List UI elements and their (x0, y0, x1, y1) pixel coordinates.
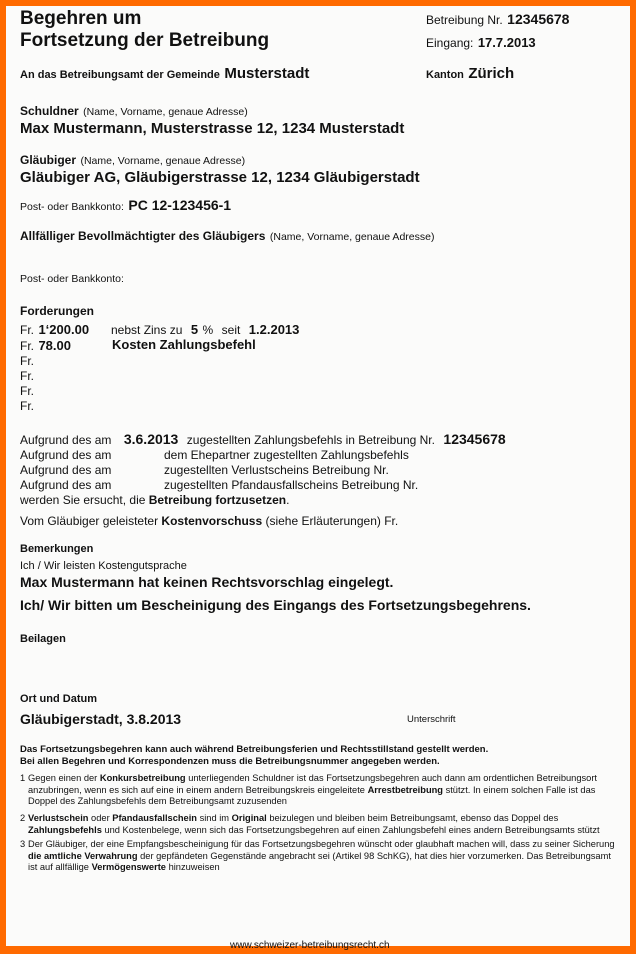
footnote-run: oder (88, 813, 112, 823)
form-title-line1: Begehren um (20, 9, 141, 28)
footnote-number: 2 (20, 813, 25, 825)
footnote-3: 3 Der Gläubiger, der eine Empfangsbesche… (20, 839, 615, 874)
footnote-2: 2 Verlustschein oder Pfandausfallschein … (20, 813, 626, 836)
ort-datum-label: Ort und Datum (20, 694, 97, 705)
glaeubiger-value[interactable]: Gläubiger AG, Gläubigerstrasse 12, 1234 … (20, 170, 420, 185)
bevollmaechtigter-konto-field: Post- oder Bankkonto: (20, 270, 124, 286)
betreibung-nr-label: Betreibung Nr. (426, 13, 503, 27)
seit-value[interactable]: 1.2.2013 (249, 322, 300, 337)
footnote-run: beizulegen und bleiben beim Betreibungsa… (267, 813, 559, 823)
footnote-text: Verlustschein oder Pfandausfallschein si… (28, 813, 626, 836)
betreibung-nr-value[interactable]: 12345678 (507, 11, 569, 27)
forderung-row-1: Fr. 1‘200.00 (20, 322, 89, 338)
footnote-emphasis: Arrestbetreibung (368, 785, 443, 795)
form-title-line2: Fortsetzung der Betreibung (20, 31, 269, 50)
request-line: werden Sie ersucht, die Betreibung fortz… (20, 494, 289, 506)
footnote-emphasis: Pfandausfallschein (112, 813, 197, 823)
forderung-row-4[interactable]: Fr. (20, 370, 34, 382)
bemerkungen-line-1[interactable]: Ich / Wir leisten Kostengutsprache (20, 561, 187, 572)
bevollmaechtigter-konto-label: Post- oder Bankkonto: (20, 273, 124, 285)
form-page: Begehren um Fortsetzung der Betreibung B… (6, 6, 630, 946)
ort-datum-value[interactable]: Gläubigerstadt, 3.8.2013 (20, 712, 181, 726)
glaeubiger-konto-label: Post- oder Bankkonto: (20, 201, 124, 213)
footnote-text: Gegen einen der Konkursbetreibung unterl… (28, 773, 620, 808)
footnote-run: Der Gläubiger, der eine Empfangsbeschein… (28, 839, 615, 849)
glaeubiger-hint: (Name, Vorname, genaue Adresse) (80, 155, 245, 167)
kanton-label: Kanton (426, 69, 464, 81)
request-bold: Betreibung fortzusetzen (149, 493, 286, 507)
aufgrund-text-4: zugestellten Pfandausfallscheins Betreib… (164, 479, 418, 491)
forderungen-label: Forderungen (20, 305, 94, 317)
percent-label: % (203, 323, 214, 337)
zahlungsbefehl-nr[interactable]: 12345678 (443, 431, 505, 447)
glaeubiger-konto-field: Post- oder Bankkonto: PC 12-123456-1 (20, 198, 231, 214)
vorschuss-bold: Kostenvorschuss (161, 514, 262, 528)
schuldner-label-row: Schuldner (Name, Vorname, genaue Adresse… (20, 103, 248, 119)
currency-label: Fr. (20, 323, 34, 337)
kanton-value[interactable]: Zürich (468, 65, 514, 82)
aufgrund-text-3: zugestellten Verlustscheins Betreibung N… (164, 464, 389, 476)
footnote-emphasis: Konkursbetreibung (100, 773, 186, 783)
footnote-emphasis: die amtliche Verwahrung (28, 851, 138, 861)
aufgrund-prefix: Aufgrund des am (20, 433, 111, 447)
forderung-amount-1[interactable]: 1‘200.00 (38, 322, 89, 337)
eingang-value[interactable]: 17.7.2013 (478, 35, 536, 50)
footnote-run: Gegen einen der (28, 773, 100, 783)
footnote-text: Der Gläubiger, der eine Empfangsbeschein… (28, 839, 615, 874)
forderung-amount-2[interactable]: 78.00 (38, 338, 71, 353)
bemerkungen-line-2[interactable]: Max Mustermann hat keinen Rechtsvorschla… (20, 575, 393, 589)
forderung-row-6[interactable]: Fr. (20, 400, 34, 412)
footnote-emphasis: Zahlungsbefehls (28, 825, 102, 835)
aufgrund-prefix-3: Aufgrund des am (20, 464, 111, 476)
glaeubiger-label-row: Gläubiger (Name, Vorname, genaue Adresse… (20, 152, 245, 168)
betreibungsamt-field: An das Betreibungsamt der Gemeinde Muste… (20, 66, 309, 82)
zahlungsbefehl-date[interactable]: 3.6.2013 (124, 431, 179, 447)
aufgrund-prefix-4: Aufgrund des am (20, 479, 111, 491)
request-post: . (286, 493, 289, 507)
vorschuss-post: (siehe Erläuterungen) Fr. (265, 514, 398, 528)
glaeubiger-label: Gläubiger (20, 153, 76, 167)
eingang-field: Eingang: 17.7.2013 (426, 35, 536, 51)
forderung-row-2: Fr. 78.00 (20, 338, 71, 354)
zins-value[interactable]: 5 (191, 322, 198, 337)
bemerkungen-line-3[interactable]: Ich/ Wir bitten um Bescheinigung des Ein… (20, 598, 531, 612)
vorschuss-pre: Vom Gläubiger geleisteter (20, 514, 158, 528)
aufgrund-text-1: zugestellten Zahlungsbefehls in Betreibu… (187, 433, 435, 447)
seit-label: seit (222, 323, 241, 337)
aufgrund-prefix-2: Aufgrund des am (20, 449, 111, 461)
bevollmaechtigter-label-row: Allfälliger Bevollmächtigter des Gläubig… (20, 228, 434, 244)
bevollmaechtigter-hint: (Name, Vorname, genaue Adresse) (270, 231, 435, 243)
zins-field: nebst Zins zu 5 % seit 1.2.2013 (111, 322, 299, 338)
footnote-emphasis: Verlustschein (28, 813, 88, 823)
footnote-run: hinzuweisen (166, 862, 220, 872)
zins-label: nebst Zins zu (111, 323, 182, 337)
aufgrund-row-1: Aufgrund des am 3.6.2013 zugestellten Za… (20, 432, 506, 448)
forderung-text-2[interactable]: Kosten Zahlungsbefehl (112, 338, 256, 351)
unterschrift-label: Unterschrift (407, 715, 456, 725)
glaeubiger-konto-value[interactable]: PC 12-123456-1 (128, 197, 231, 213)
note-line-2: Bei allen Begehren und Korrespondenzen m… (20, 757, 440, 767)
forderung-row-3[interactable]: Fr. (20, 355, 34, 367)
footnote-1: 1 Gegen einen der Konkursbetreibung unte… (20, 773, 620, 808)
schuldner-hint: (Name, Vorname, genaue Adresse) (83, 106, 248, 118)
betreibungsamt-label: An das Betreibungsamt der Gemeinde (20, 69, 220, 81)
schuldner-value[interactable]: Max Mustermann, Musterstrasse 12, 1234 M… (20, 121, 404, 136)
footnote-emphasis: Original (232, 813, 267, 823)
kostenvorschuss-line: Vom Gläubiger geleisteter Kostenvorschus… (20, 515, 398, 527)
footnote-number: 3 (20, 839, 25, 851)
aufgrund-text-2: dem Ehepartner zugestellten Zahlungsbefe… (164, 449, 409, 461)
bevollmaechtigter-label: Allfälliger Bevollmächtigter des Gläubig… (20, 229, 265, 243)
bemerkungen-label: Bemerkungen (20, 544, 93, 555)
footnote-run: sind im (197, 813, 232, 823)
beilagen-label: Beilagen (20, 634, 66, 645)
note-line-1: Das Fortsetzungsbegehren kann auch währe… (20, 745, 488, 755)
footer-url[interactable]: www.schweizer-betreibungsrecht.ch (230, 941, 390, 951)
request-pre: werden Sie ersucht, die (20, 493, 145, 507)
footnote-number: 1 (20, 773, 25, 785)
footnote-run: und Kostenbelege, wenn sich das Fortsetz… (102, 825, 600, 835)
currency-label: Fr. (20, 339, 34, 353)
forderung-row-5[interactable]: Fr. (20, 385, 34, 397)
kanton-field: Kanton Zürich (426, 66, 514, 82)
schuldner-label: Schuldner (20, 104, 79, 118)
betreibung-nr-field: Betreibung Nr. 12345678 (426, 12, 569, 28)
eingang-label: Eingang: (426, 36, 473, 50)
gemeinde-value[interactable]: Musterstadt (224, 65, 309, 82)
footnote-emphasis: Vermögenswerte (92, 862, 166, 872)
